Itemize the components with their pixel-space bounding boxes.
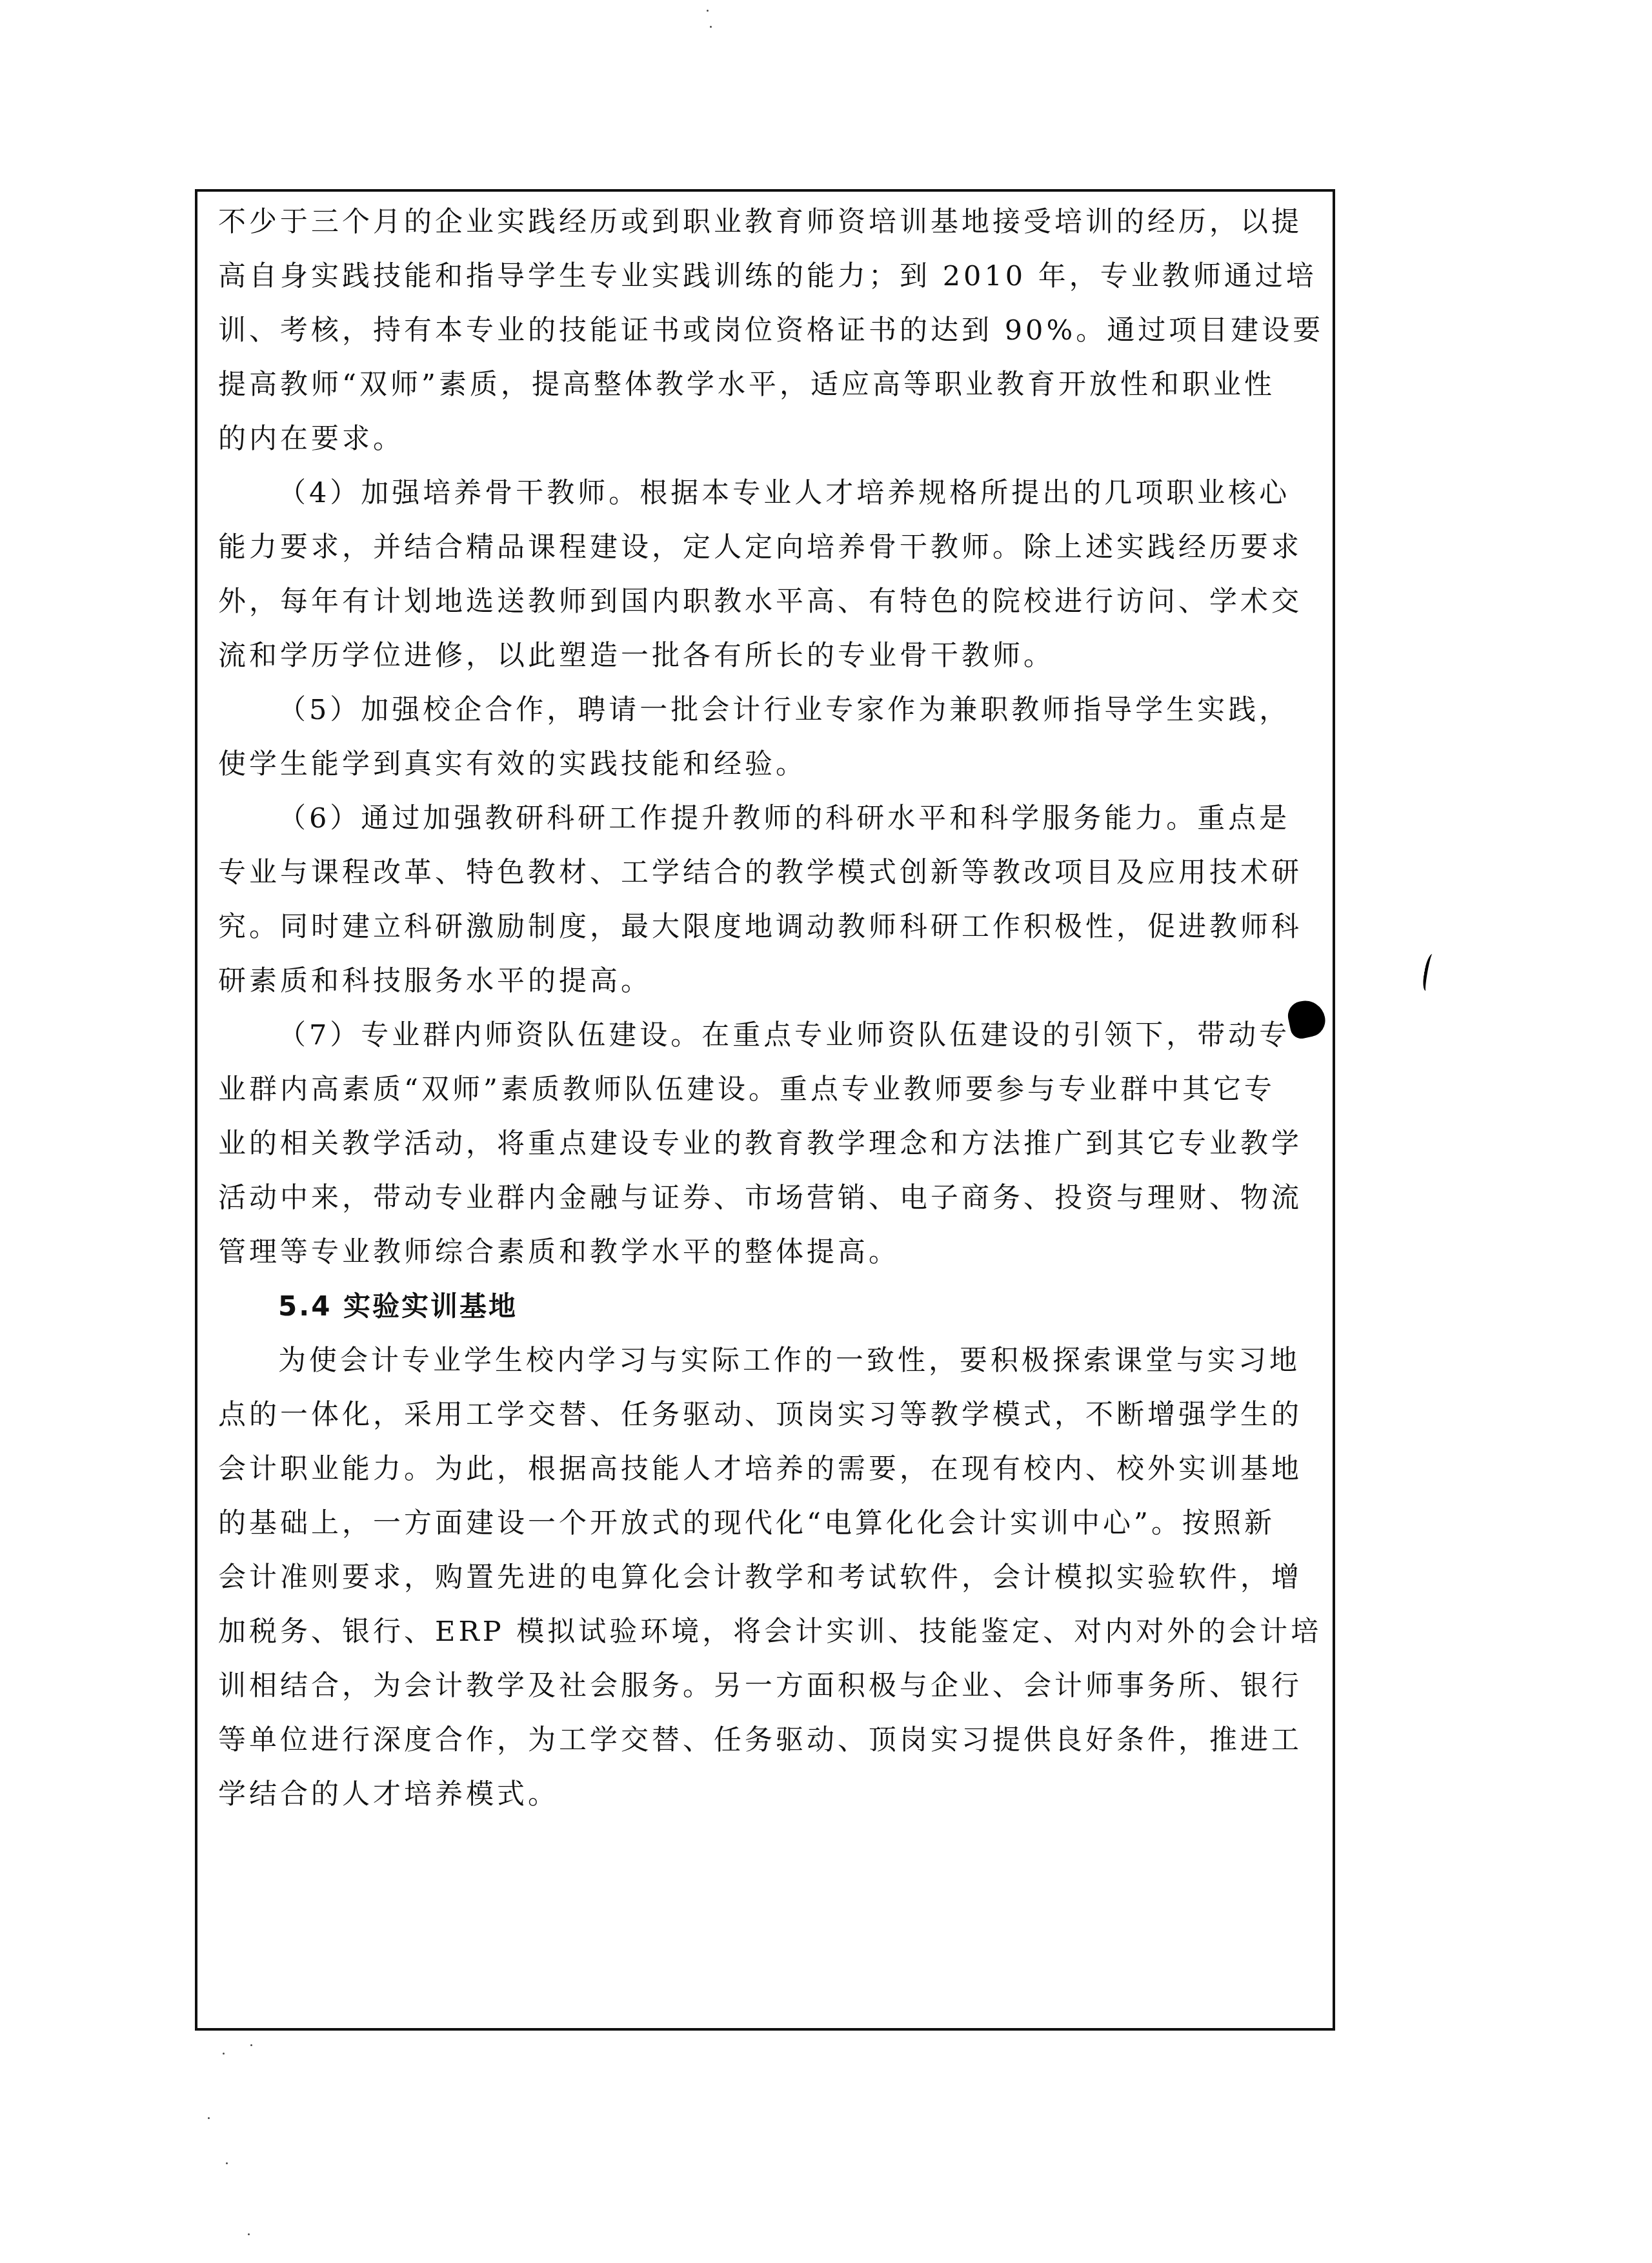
- text-line: 不少于三个月的企业实践经历或到职业教育师资培训基地接受培训的经历，以提: [218, 195, 1341, 249]
- scan-speck: [223, 2053, 225, 2055]
- paragraph-item-5: （5）加强校企合作，聘请一批会计行业专家作为兼职教师指导学生实践， 使学生能学到…: [218, 683, 1341, 791]
- text-line: 业群内高素质“双师”素质教师队伍建设。重点专业教师要参与专业群中其它专: [218, 1062, 1341, 1117]
- text-line: 管理等专业教师综合素质和教学水平的整体提高。: [218, 1225, 1341, 1279]
- section-heading: 5.4 实验实训基地: [218, 1279, 1341, 1334]
- text-line: 会计职业能力。为此，根据高技能人才培养的需要，在现有校内、校外实训基地: [218, 1442, 1341, 1496]
- scan-mark-artifact: [1421, 954, 1437, 991]
- text-line: 加税务、银行、ERP 模拟试验环境，将会计实训、技能鉴定、对内对外的会计培: [218, 1605, 1341, 1659]
- text-line: （7）专业群内师资队伍建设。在重点专业师资队伍建设的引领下，带动专: [218, 1008, 1341, 1062]
- text-line: 高自身实践技能和指导学生专业实践训练的能力；到 2010 年，专业教师通过培: [218, 249, 1341, 303]
- text-line: 专业与课程改革、特色教材、工学结合的教学模式创新等教改项目及应用技术研: [218, 846, 1341, 900]
- text-line: 点的一体化，采用工学交替、任务驱动、顶岗实习等教学模式，不断增强学生的: [218, 1388, 1341, 1442]
- paragraph-teacher-practice: 不少于三个月的企业实践经历或到职业教育师资培训基地接受培训的经历，以提 高自身实…: [218, 195, 1341, 466]
- text-line: （5）加强校企合作，聘请一批会计行业专家作为兼职教师指导学生实践，: [218, 683, 1341, 737]
- text-line: 提高教师“双师”素质，提高整体教学水平，适应高等职业教育开放性和职业性: [218, 358, 1341, 412]
- paragraph-training-base: 为使会计专业学生校内学习与实际工作的一致性，要积极探索课堂与实习地 点的一体化，…: [218, 1334, 1341, 1822]
- text-line: 为使会计专业学生校内学习与实际工作的一致性，要积极探索课堂与实习地: [218, 1334, 1341, 1388]
- text-line: （4）加强培养骨干教师。根据本专业人才培养规格所提出的几项职业核心: [218, 466, 1341, 520]
- document-body: 不少于三个月的企业实践经历或到职业教育师资培训基地接受培训的经历，以提 高自身实…: [218, 195, 1341, 1822]
- text-line: 等单位进行深度合作，为工学交替、任务驱动、顶岗实习提供良好条件，推进工: [218, 1713, 1341, 1767]
- scan-speck: [707, 10, 709, 12]
- text-line: 的内在要求。: [218, 412, 1341, 466]
- text-line: 训、考核，持有本专业的技能证书或岗位资格证书的达到 90%。通过项目建设要: [218, 303, 1341, 358]
- paragraph-item-4: （4）加强培养骨干教师。根据本专业人才培养规格所提出的几项职业核心 能力要求，并…: [218, 466, 1341, 683]
- text-line: 流和学历学位进修，以此塑造一批各有所长的专业骨干教师。: [218, 629, 1341, 683]
- scan-speck: [208, 2117, 210, 2119]
- text-line: 会计准则要求，购置先进的电算化会计教学和考试软件，会计模拟实验软件，增: [218, 1550, 1341, 1605]
- text-line: 活动中来，带动专业群内金融与证券、市场营销、电子商务、投资与理财、物流: [218, 1171, 1341, 1225]
- text-line: 训相结合，为会计教学及社会服务。另一方面积极与企业、会计师事务所、银行: [218, 1659, 1341, 1713]
- paragraph-item-7: （7）专业群内师资队伍建设。在重点专业师资队伍建设的引领下，带动专 业群内高素质…: [218, 1008, 1341, 1279]
- text-line: 学结合的人才培养模式。: [218, 1767, 1341, 1822]
- scan-speck: [250, 2044, 252, 2046]
- scan-speck: [226, 2162, 228, 2164]
- text-line: 使学生能学到真实有效的实践技能和经验。: [218, 737, 1341, 791]
- text-line: 的基础上，一方面建设一个开放式的现代化“电算化化会计实训中心”。按照新: [218, 1496, 1341, 1550]
- text-line: 能力要求，并结合精品课程建设，定人定向培养骨干教师。除上述实践经历要求: [218, 520, 1341, 574]
- scan-speck: [248, 2233, 250, 2235]
- scan-speck: [710, 26, 712, 28]
- text-line: （6）通过加强教研科研工作提升教师的科研水平和科学服务能力。重点是: [218, 791, 1341, 846]
- text-line: 业的相关教学活动，将重点建设专业的教育教学理念和方法推广到其它专业教学: [218, 1117, 1341, 1171]
- text-line: 究。同时建立科研激励制度，最大限度地调动教师科研工作积极性，促进教师科: [218, 900, 1341, 954]
- text-line: 研素质和科技服务水平的提高。: [218, 954, 1341, 1008]
- paragraph-item-6: （6）通过加强教研科研工作提升教师的科研水平和科学服务能力。重点是 专业与课程改…: [218, 791, 1341, 1008]
- text-line: 外，每年有计划地选送教师到国内职教水平高、有特色的院校进行访问、学术交: [218, 574, 1341, 629]
